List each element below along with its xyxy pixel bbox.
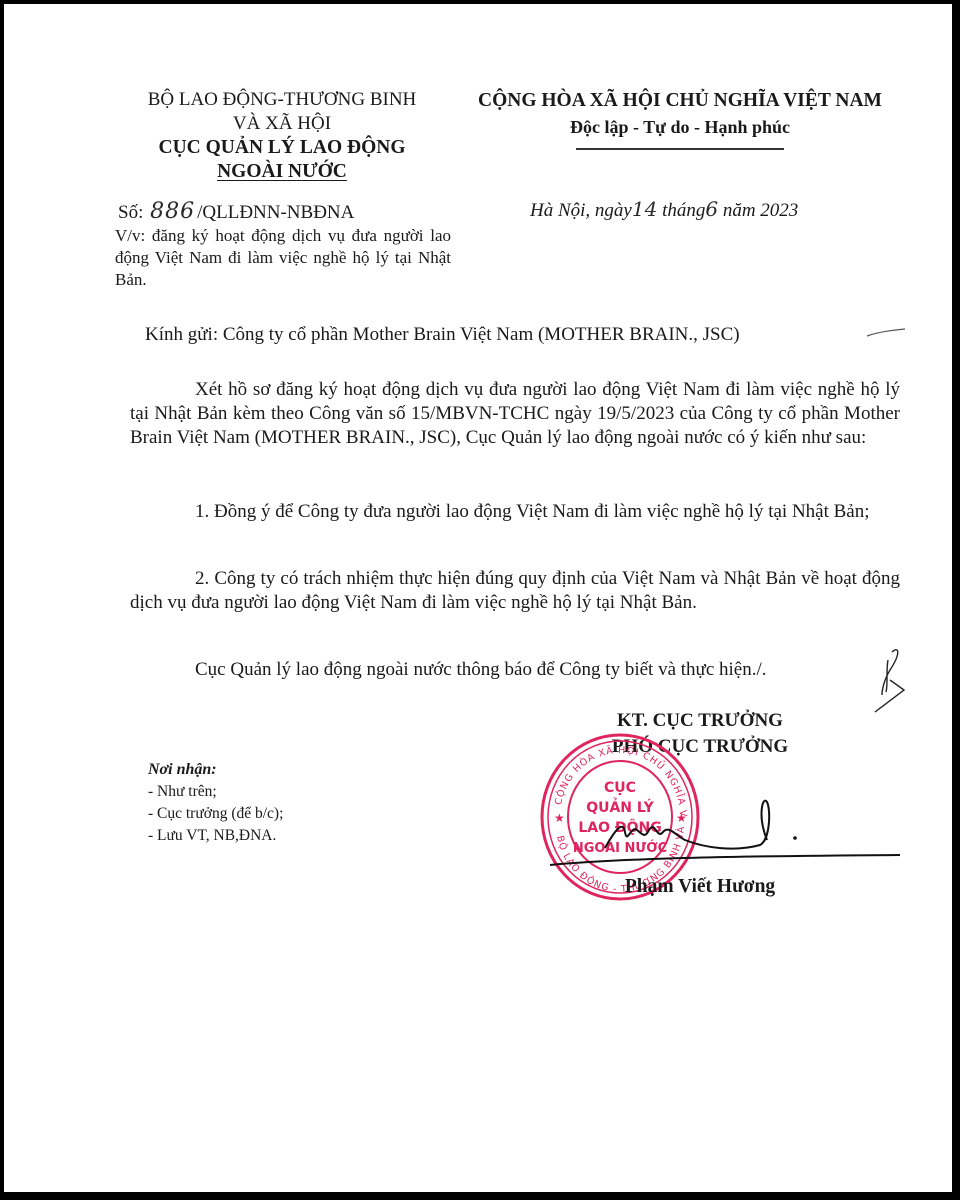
body-item-2: 2. Công ty có trách nhiệm thực hiện đúng… [130,567,900,615]
authority-line-1: KT. CỤC TRƯỞNG [540,708,860,734]
national-header: CỘNG HÒA XÃ HỘI CHỦ NGHĨA VIỆT NAM Độc l… [450,88,910,150]
issuing-authority-header: BỘ LAO ĐỘNG-THƯƠNG BINH VÀ XÃ HỘI CỤC QU… [112,88,452,184]
motto-underline [576,148,784,150]
place-and-date: Hà Nội, ngày14 tháng6 năm 2023 [530,197,798,222]
month-label: tháng [662,200,705,221]
recipient-line: Kính gửi: Công ty cổ phần Mother Brain V… [145,324,740,346]
ministry-line-2: VÀ XÃ HỘI [112,112,452,136]
handwritten-month: 6 [705,197,718,221]
year-label: năm 2023 [723,200,798,221]
item-1-text: 1. Đồng ý để Công ty đưa người lao động … [195,501,870,522]
distribution-item: - Như trên; [148,781,283,803]
body-paragraph-intro: Xét hồ sơ đăng ký hoạt động dịch vụ đưa … [130,378,900,450]
distribution-list: Nơi nhận: - Như trên; - Cục trưởng (để b… [148,759,283,847]
handwritten-number: 886 [150,199,195,224]
nation-title: CỘNG HÒA XÃ HỘI CHỦ NGHĨA VIỆT NAM [450,88,910,114]
handwritten-signature-icon [545,790,905,870]
handwritten-day: 14 [632,197,657,221]
subject-line: V/v: đăng ký hoạt động dịch vụ đưa người… [115,225,451,291]
pen-mark-icon [866,328,906,338]
signer-name: Phạm Viết Hương [560,876,840,898]
distribution-item: - Cục trưởng (để b/c); [148,803,283,825]
distribution-title: Nơi nhận: [148,759,283,781]
body-item-1: 1. Đồng ý để Công ty đưa người lao động … [130,500,900,524]
number-label: Số: [118,202,143,223]
closing-text: Cục Quản lý lao động ngoài nước thông bá… [195,659,767,680]
department-line-1: CỤC QUẢN LÝ LAO ĐỘNG [112,136,452,160]
intro-text: Xét hồ sơ đăng ký hoạt động dịch vụ đưa … [130,379,900,448]
body-closing: Cục Quản lý lao động ngoài nước thông bá… [130,658,900,682]
number-suffix: /QLLĐNN-NBĐNA [197,202,354,223]
place-prefix: Hà Nội, ngày [530,200,632,221]
document-number: Số: 886/QLLĐNN-NBĐNA [118,199,354,224]
department-line-2: NGOÀI NƯỚC [217,161,347,182]
distribution-item: - Lưu VT, NB,ĐNA. [148,825,283,847]
ministry-line-1: BỘ LAO ĐỘNG-THƯƠNG BINH [112,88,452,112]
item-2-text: 2. Công ty có trách nhiệm thực hiện đúng… [130,568,900,613]
national-motto: Độc lập - Tự do - Hạnh phúc [450,114,910,140]
initials-mark-icon [870,640,910,715]
